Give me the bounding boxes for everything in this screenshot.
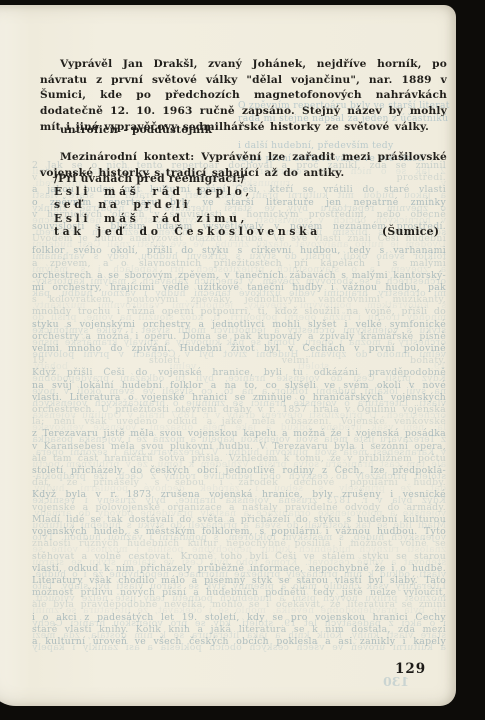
verse-line: Esli máš rád zimu,	[54, 212, 449, 225]
verse-attribution: (Šumice)	[382, 225, 439, 238]
scanned-book-page: O zpěvním repertoáru byly ve starší lite…	[0, 0, 485, 720]
ghost-page-number: 130	[383, 674, 409, 689]
verse-line: seď na prdeli	[54, 198, 449, 211]
verse-line: Esli máš rád teplo,	[54, 185, 449, 198]
verse-intro: /Při úvahách před reemigrací:/	[54, 172, 449, 185]
glossary-line: untroficír - poddůstojník	[60, 124, 212, 136]
verse-block: /Při úvahách před reemigrací:/ Esli máš …	[54, 172, 449, 238]
